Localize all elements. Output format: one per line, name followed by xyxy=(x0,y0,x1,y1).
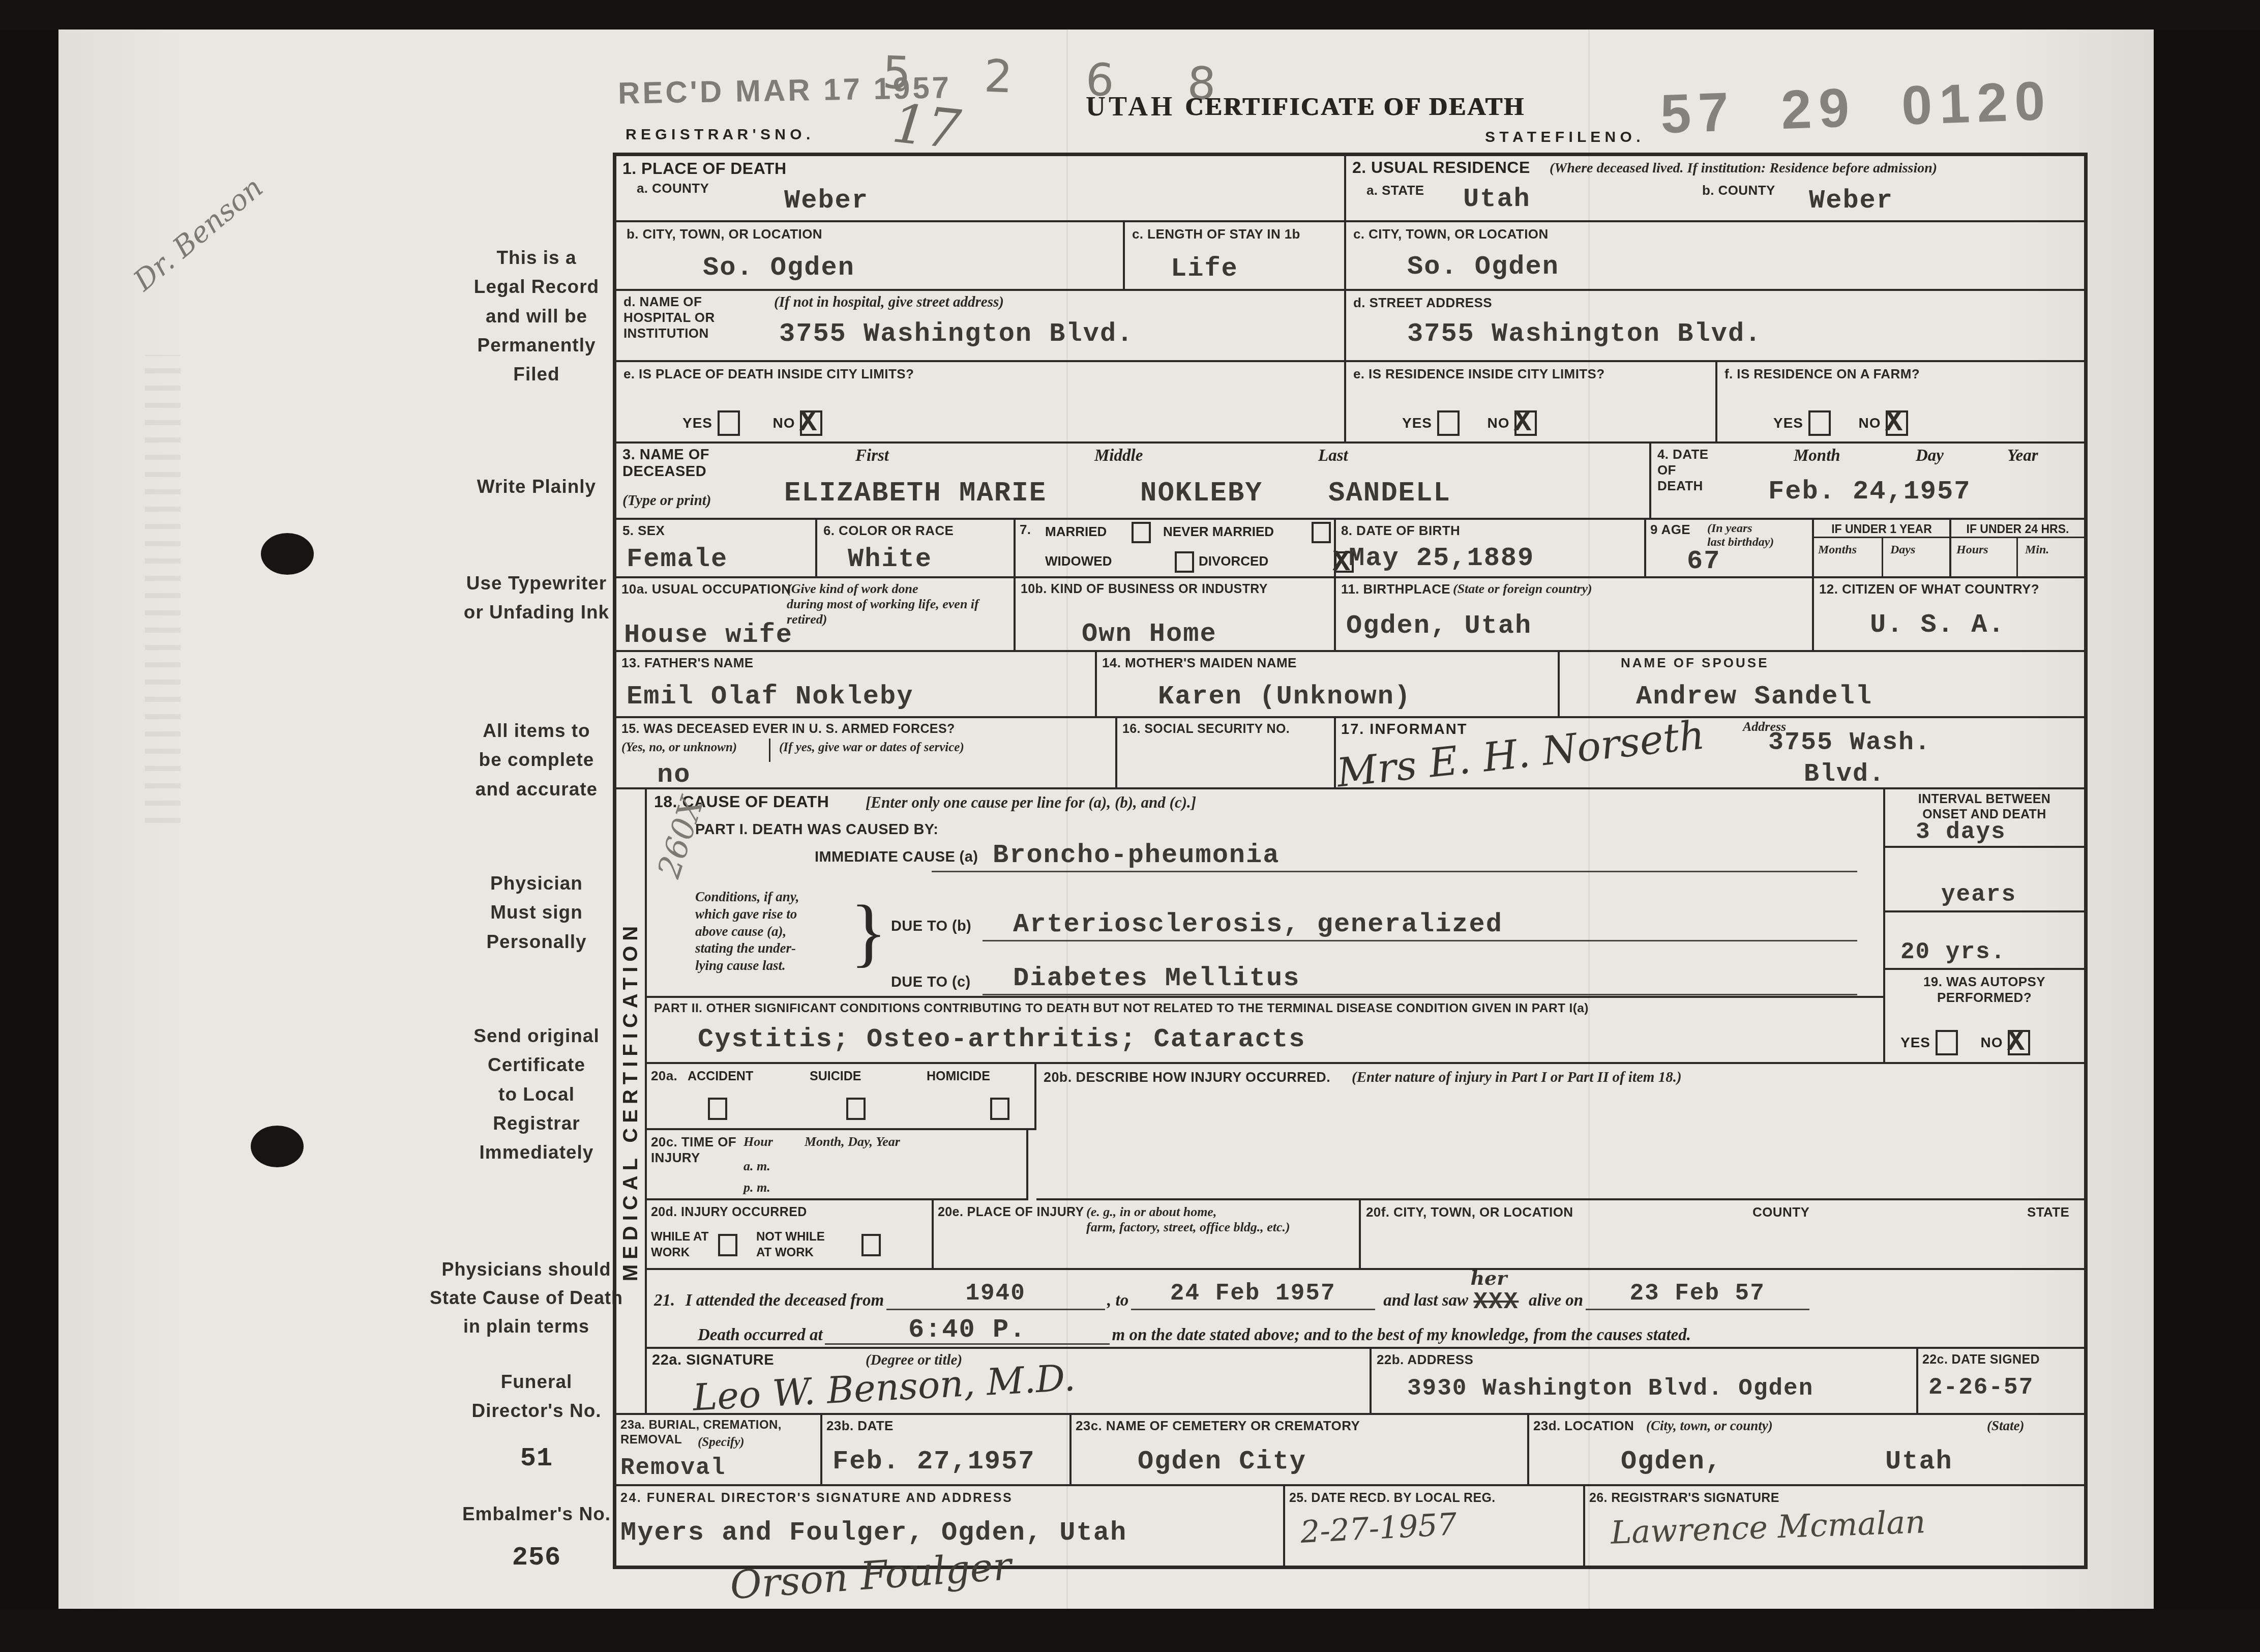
death-city-label: b. CITY, TOWN, OR LOCATION xyxy=(627,226,822,242)
no-checkbox: X xyxy=(1514,410,1537,436)
field-autopsy: 19. WAS AUTOPSY PERFORMED? YES NOX xyxy=(1885,970,2084,1064)
marital-num: 7. xyxy=(1020,522,1031,538)
attended-from-text: I attended the deceased from xyxy=(686,1291,884,1310)
yes-label: YES xyxy=(1773,415,1803,431)
middle-hint: Middle xyxy=(1094,447,1143,465)
residence-city-value: So. Ogden xyxy=(1407,252,1559,282)
months-label: Months xyxy=(1818,543,1857,557)
armed-forces-value: no xyxy=(657,760,691,790)
burial-location-hint: (City, town, or county) xyxy=(1646,1418,1773,1434)
informant-address-1: 3755 Wash. xyxy=(1768,728,1931,757)
title-main: CERTIFICATE OF DEATH xyxy=(1185,92,1525,121)
field-interval-c: 20 yrs. xyxy=(1885,912,2084,970)
field-physician-signature: 22a. SIGNATURE (Degree or title) Leo W. … xyxy=(647,1349,1372,1415)
no-label: NO xyxy=(1980,1035,2003,1050)
cause-c-value: Diabetes Mellitus xyxy=(1013,963,1300,993)
date-of-death-label: 4. DATE OF DEATH xyxy=(1657,447,1709,494)
field-physician-address: 22b. ADDRESS 3930 Washington Blvd. Ogden xyxy=(1372,1349,1918,1415)
hour-hint: Hour xyxy=(744,1134,773,1149)
alive-on-value: 23 Feb 57 xyxy=(1629,1280,1765,1307)
injury-occurred-label: 20d. INJURY OCCURRED xyxy=(651,1204,807,1220)
residence-county-label: b. COUNTY xyxy=(1702,183,1775,198)
death-time-value: 6:40 P. xyxy=(908,1315,1026,1345)
name-hint: (Type or print) xyxy=(622,492,711,509)
field-sex: 5. SEX Female xyxy=(616,520,817,578)
mothers-name-value: Karen (Unknown) xyxy=(1158,682,1411,712)
medical-certification-strip: MEDICAL CERTIFICATION xyxy=(616,789,647,1415)
age-label: 9 AGE xyxy=(1650,522,1690,538)
burial-value: Removal xyxy=(620,1455,726,1481)
hours-label: Hours xyxy=(1956,543,1988,557)
no-checkbox: X xyxy=(800,410,822,436)
date-of-death-value: Feb. 24,1957 xyxy=(1768,477,1971,507)
margin-note-dr-benson: Dr. Benson xyxy=(127,171,269,298)
certificate-paper: Dr. Benson This is a Legal Record and wi… xyxy=(58,29,2154,1609)
field-interval-a: INTERVAL BETWEEN ONSET AND DEATH 3 days xyxy=(1885,789,2084,848)
yes-label: YES xyxy=(1402,415,1432,431)
field-date-signed: 22c. DATE SIGNED 2-26-57 xyxy=(1918,1349,2084,1415)
spouse-value: Andrew Sandell xyxy=(1636,682,1872,712)
field-burial-type: 23a. BURIAL, CREMATION, REMOVAL (Specify… xyxy=(616,1415,822,1486)
field-marital-status: 7. MARRIED NEVER MARRIED WIDOWED DIVORCE… xyxy=(1016,520,1336,578)
sex-value: Female xyxy=(627,544,728,574)
yes-checkbox xyxy=(718,410,740,436)
birthplace-value: Ogden, Utah xyxy=(1346,611,1532,641)
causes-stated-text: m on the date stated above; and to the b… xyxy=(1112,1326,1691,1344)
field-injury-occurred: 20d. INJURY OCCURRED WHILE AT WORK NOT W… xyxy=(647,1200,934,1270)
residence-city-limits-label: e. IS RESIDENCE INSIDE CITY LIMITS? xyxy=(1353,366,1605,382)
cemetery-label: 23c. NAME OF CEMETERY OR CREMATORY xyxy=(1076,1418,1360,1434)
not-while-at-work-label: NOT WHILE AT WORK xyxy=(756,1229,825,1260)
scan-border-bottom xyxy=(0,1609,2260,1652)
field-attended-statement: 21. I attended the deceased from 1940 , … xyxy=(647,1270,2084,1349)
field-mothers-maiden-name: 14. MOTHER'S MAIDEN NAME Karen (Unknown) xyxy=(1097,652,1560,718)
death-city-value: So. Ogden xyxy=(703,253,855,283)
field-place-of-injury: 20e. PLACE OF INJURY (e. g., in or about… xyxy=(934,1200,1361,1270)
registrar-signature-value: Lawrence Mcmalan xyxy=(1610,1503,1926,1551)
scan-border-left xyxy=(0,0,58,1652)
business-value: Own Home xyxy=(1082,619,1217,649)
field-injury-city: 20f. CITY, TOWN, OR LOCATION COUNTY STAT… xyxy=(1361,1200,2084,1270)
residence-state-label: a. STATE xyxy=(1366,183,1424,198)
informant-address-2: Blvd. xyxy=(1804,760,1885,789)
fathers-name-value: Emil Olaf Nokleby xyxy=(627,682,914,712)
while-at-work-checkbox xyxy=(718,1234,737,1256)
field-if-under-1-year: IF UNDER 1 YEAR Months Days xyxy=(1814,520,1951,578)
cemetery-value: Ogden City xyxy=(1138,1447,1306,1477)
accident-label: ACCIDENT xyxy=(688,1069,753,1084)
street-address-value: 3755 Washington Blvd. xyxy=(1407,319,1762,349)
physician-address-value: 3930 Washington Blvd. Ogden xyxy=(1407,1375,1813,1402)
cause-b-value: Arteriosclerosis, generalized xyxy=(1013,909,1503,939)
field-accident-suicide-homicide: 20a. ACCIDENT SUICIDE HOMICIDE xyxy=(647,1064,1036,1130)
no-checkbox: X xyxy=(1886,410,1908,436)
no-label: NO xyxy=(772,415,795,431)
age-hint: (In years last birthday) xyxy=(1707,522,1774,549)
name-label: 3. NAME OF DECEASED xyxy=(622,447,709,481)
field-cemetery-name: 23c. NAME OF CEMETERY OR CREMATORY Ogden… xyxy=(1072,1415,1529,1486)
name-maiden: NOKLEBY xyxy=(1140,478,1263,509)
field-interval-b: years xyxy=(1885,848,2084,912)
hospital-value: 3755 Washington Blvd. xyxy=(779,319,1134,349)
age-value: 67 xyxy=(1687,546,1720,576)
mdy-hint: Month, Day, Year xyxy=(805,1134,900,1149)
no-checkbox: X xyxy=(2008,1030,2030,1055)
burial-date-label: 23b. DATE xyxy=(826,1418,894,1434)
suicide-checkbox xyxy=(846,1098,866,1120)
death-occurred-text: Death occurred at xyxy=(698,1326,823,1344)
ssn-label: 16. SOCIAL SECURITY NO. xyxy=(1122,721,1290,736)
field-cause-of-death: 18. CAUSE OF DEATH [Enter only one cause… xyxy=(647,789,1885,998)
occupation-hint: (Give kind of work done during most of w… xyxy=(787,581,1014,627)
suicide-label: SUICIDE xyxy=(810,1069,861,1084)
scanned-death-certificate: Dr. Benson This is a Legal Record and wi… xyxy=(0,0,2260,1652)
field-time-of-injury: 20c. TIME OF INJURY Hour Month, Day, Yea… xyxy=(647,1130,1028,1200)
physician-address-label: 22b. ADDRESS xyxy=(1377,1352,1473,1368)
burial-location-city-value: Ogden, xyxy=(1621,1447,1722,1477)
field-residence-farm: f. IS RESIDENCE ON A FARM? YES NOX xyxy=(1717,362,2084,444)
race-value: White xyxy=(848,544,932,574)
attended-to-text: , to xyxy=(1107,1291,1128,1310)
field-registrar-signature: 26. REGISTRAR'S SIGNATURE Lawrence Mcmal… xyxy=(1585,1486,2084,1566)
usual-residence-hint: (Where deceased lived. If institution: R… xyxy=(1550,160,1937,176)
punch-hole xyxy=(251,1126,304,1167)
field-color-race: 6. COLOR OR RACE White xyxy=(817,520,1016,578)
conditions-hint: Conditions, if any, which gave rise to a… xyxy=(695,889,799,975)
funeral-director-label: 24. FUNERAL DIRECTOR'S SIGNATURE AND ADD… xyxy=(620,1490,1013,1506)
divider xyxy=(769,739,770,762)
field-length-of-stay: c. LENGTH OF STAY IN 1b Life xyxy=(1125,222,1346,291)
place-of-injury-label: 20e. PLACE OF INJURY xyxy=(938,1204,1084,1220)
f20a-num: 20a. xyxy=(651,1068,677,1084)
burial-hint: (Specify) xyxy=(698,1435,745,1450)
scan-border-top xyxy=(0,0,2260,29)
cause-a-value: Broncho-pheumonia xyxy=(993,840,1280,870)
injury-how-label: 20b. DESCRIBE HOW INJURY OCCURRED. xyxy=(1044,1069,1330,1085)
spouse-label: NAME OF SPOUSE xyxy=(1621,655,1769,671)
no-label: NO xyxy=(1487,415,1509,431)
field-death-city: b. CITY, TOWN, OR LOCATION So. Ogden xyxy=(616,222,1125,291)
never-married-label: NEVER MARRIED xyxy=(1163,524,1274,540)
first-hint: First xyxy=(855,447,889,465)
faint-margin-stamp xyxy=(145,355,181,823)
field-citizen: 12. CITIZEN OF WHAT COUNTRY? U. S. A. xyxy=(1814,578,2084,652)
no-label: NO xyxy=(1858,415,1881,431)
widowed-checkbox xyxy=(1175,551,1194,573)
field-how-injury-occurred: 20b. DESCRIBE HOW INJURY OCCURRED. (Ente… xyxy=(1036,1064,2084,1200)
due-to-b-label: DUE TO (b) xyxy=(891,918,971,935)
field-death-city-limits: e. IS PLACE OF DEATH INSIDE CITY LIMITS?… xyxy=(616,362,1346,444)
never-married-checkbox xyxy=(1312,522,1331,543)
field-business-industry: 10b. KIND OF BUSINESS OR INDUSTRY Own Ho… xyxy=(1016,578,1336,652)
x-mark: X xyxy=(1513,406,1531,439)
attended-to-value: 24 Feb 1957 xyxy=(1170,1280,1336,1307)
funeral-director-value: Myers and Foulger, Ogden, Utah xyxy=(620,1518,1127,1548)
field-burial-location: 23d. LOCATION (City, town, or county) (S… xyxy=(1529,1415,2084,1486)
interval-a-value: 3 days xyxy=(1916,819,2006,845)
interval-c-value: 20 yrs. xyxy=(1900,939,2006,965)
divorced-label: DIVORCED xyxy=(1199,553,1268,569)
brace: } xyxy=(850,889,887,976)
x-mark: X xyxy=(1885,406,1902,439)
accident-checkbox xyxy=(708,1098,727,1120)
day-hint: Day xyxy=(1916,447,1944,465)
under-1-year-label: IF UNDER 1 YEAR xyxy=(1814,520,1949,538)
date-received-label: 25. DATE RECD. BY LOCAL REG. xyxy=(1289,1490,1496,1506)
her-handwritten: her xyxy=(1470,1266,1507,1289)
fathers-name-label: 13. FATHER'S NAME xyxy=(621,655,754,671)
hospital-hint: (If not in hospital, give street address… xyxy=(774,294,1004,311)
birthplace-hint: (State or foreign country) xyxy=(1453,581,1592,597)
alive-on-text: alive on xyxy=(1529,1291,1583,1310)
signature-label: 22a. SIGNATURE xyxy=(652,1352,774,1369)
field-usual-occupation: 10a. USUAL OCCUPATION (Give kind of work… xyxy=(616,578,1016,652)
cause-hint: [Enter only one cause per line for (a), … xyxy=(866,793,1196,812)
part1-label: PART I. DEATH WAS CAUSED BY: xyxy=(695,821,938,839)
citizen-value: U. S. A. xyxy=(1870,610,2005,640)
injury-city-label: 20f. CITY, TOWN, OR LOCATION xyxy=(1366,1204,1573,1220)
field-fathers-name: 13. FATHER'S NAME Emil Olaf Nokleby xyxy=(616,652,1097,718)
title-state: UTAH xyxy=(1086,91,1175,122)
divider xyxy=(2016,538,2018,578)
burial-location-state-hint: (State) xyxy=(1987,1418,2025,1434)
am-hint: a. m. xyxy=(744,1159,770,1174)
informant-label: 17. INFORMANT xyxy=(1341,721,1467,738)
f21-num: 21. xyxy=(654,1291,675,1310)
residence-farm-label: f. IS RESIDENCE ON A FARM? xyxy=(1724,366,1920,382)
armed-forces-hint1: (Yes, no, or unknown) xyxy=(621,741,737,755)
registrars-no-label: R E G I S T R A R ' S N O . xyxy=(626,126,810,143)
citizen-label: 12. CITIZEN OF WHAT COUNTRY? xyxy=(1819,581,2039,597)
field-burial-date: 23b. DATE Feb. 27,1957 xyxy=(822,1415,1072,1486)
field-place-of-death-county: 1. PLACE OF DEATH a. COUNTY Weber xyxy=(616,156,1346,222)
injury-time-label: 20c. TIME OF INJURY xyxy=(651,1134,736,1166)
certificate-form: 1. PLACE OF DEATH a. COUNTY Weber 2. USU… xyxy=(613,153,2088,1569)
birthplace-label: 11. BIRTHPLACE xyxy=(1341,581,1450,597)
field-usual-residence: 2. USUAL RESIDENCE (Where deceased lived… xyxy=(1346,156,2084,222)
x-mark: X xyxy=(2007,1026,2025,1059)
date-signed-label: 22c. DATE SIGNED xyxy=(1922,1352,2040,1367)
field-social-security: 16. SOCIAL SECURITY NO. xyxy=(1117,718,1336,789)
punch-hole xyxy=(261,533,314,575)
homicide-label: HOMICIDE xyxy=(927,1069,990,1084)
field-if-under-24-hrs: IF UNDER 24 HRS. Hours Min. xyxy=(1951,520,2084,578)
part2-label: PART II. OTHER SIGNIFICANT CONDITIONS CO… xyxy=(654,1001,1589,1016)
pm-hint: p. m. xyxy=(744,1180,770,1195)
burial-location-state-value: Utah xyxy=(1885,1447,1953,1477)
burial-location-label: 23d. LOCATION xyxy=(1533,1418,1634,1434)
while-at-work-label: WHILE AT WORK xyxy=(651,1229,708,1260)
field-hospital-name: d. NAME OF HOSPITAL OR INSTITUTION (If n… xyxy=(616,291,1346,362)
state-file-no-label: S T A T E F I L E N O . xyxy=(1485,129,1641,146)
name-first-middle: ELIZABETH MARIE xyxy=(784,478,1047,509)
injury-state-label: STATE xyxy=(2027,1204,2069,1220)
field-name-of-spouse: NAME OF SPOUSE Andrew Sandell xyxy=(1560,652,2084,718)
county-value: Weber xyxy=(784,186,869,216)
county-label: a. COUNTY xyxy=(637,181,709,196)
armed-forces-hint2: (If yes, give war or dates of service) xyxy=(779,741,964,755)
residence-city-label: c. CITY, TOWN, OR LOCATION xyxy=(1353,226,1549,242)
name-last: SANDELL xyxy=(1328,478,1451,509)
injury-county-label: COUNTY xyxy=(1752,1204,1809,1220)
x-mark: X xyxy=(799,406,817,439)
due-to-c-label: DUE TO (c) xyxy=(891,973,971,991)
field-armed-forces: 15. WAS DECEASED EVER IN U. S. ARMED FOR… xyxy=(616,718,1117,789)
injury-how-hint: (Enter nature of injury in Part I or Par… xyxy=(1352,1069,1682,1086)
field-part2-conditions: PART II. OTHER SIGNIFICANT CONDITIONS CO… xyxy=(647,998,1885,1064)
yes-label: YES xyxy=(1900,1035,1930,1050)
widowed-label: WIDOWED xyxy=(1045,553,1112,569)
medical-certification-label: MEDICAL CERTIFICATION xyxy=(619,921,642,1282)
registrar-signature-label: 26. REGISTRAR'S SIGNATURE xyxy=(1589,1490,1779,1506)
field-date-received: 25. DATE RECD. BY LOCAL REG. 2-27-1957 xyxy=(1285,1486,1585,1566)
mothers-name-label: 14. MOTHER'S MAIDEN NAME xyxy=(1102,655,1297,671)
death-city-limits-label: e. IS PLACE OF DEATH INSIDE CITY LIMITS? xyxy=(623,366,914,382)
under-24-hrs-label: IF UNDER 24 HRS. xyxy=(1951,520,2084,538)
married-checkbox xyxy=(1132,522,1151,543)
last-hint: Last xyxy=(1318,447,1348,465)
sex-label: 5. SEX xyxy=(622,523,665,539)
registrars-no-value: 17 xyxy=(889,92,964,161)
residence-state-value: Utah xyxy=(1463,184,1531,214)
field-name-of-deceased: 3. NAME OF DECEASED (Type or print) Firs… xyxy=(616,444,1651,520)
birth-date-value: May 25,1889 xyxy=(1349,543,1534,573)
date-signed-value: 2-26-57 xyxy=(1928,1374,2034,1401)
yes-checkbox xyxy=(1808,410,1831,436)
scan-border-right xyxy=(2154,0,2260,1652)
yes-checkbox xyxy=(1437,410,1460,436)
field-date-of-birth: 8. DATE OF BIRTH May 25,1889 xyxy=(1336,520,1646,578)
part2-value: Cystitis; Osteo-arthritis; Cataracts xyxy=(698,1024,1305,1054)
business-label: 10b. KIND OF BUSINESS OR INDUSTRY xyxy=(1021,581,1268,597)
divider xyxy=(1882,538,1883,578)
homicide-checkbox xyxy=(990,1098,1009,1120)
days-label: Days xyxy=(1890,543,1915,557)
attended-from-value: 1940 xyxy=(965,1280,1025,1307)
field-birthplace: 11. BIRTHPLACE (State or foreign country… xyxy=(1336,578,1814,652)
state-file-no-stamp: 57 29 0120 xyxy=(1659,69,2053,146)
married-label: MARRIED xyxy=(1045,524,1107,540)
usual-residence-title: 2. USUAL RESIDENCE xyxy=(1352,158,1530,177)
field-informant: 17. INFORMANT Mrs E. H. Norseth Address … xyxy=(1336,718,2084,789)
street-address-label: d. STREET ADDRESS xyxy=(1353,295,1492,311)
last-saw-text: and last saw xyxy=(1383,1291,1468,1310)
date-received-value: 2-27-1957 xyxy=(1299,1507,1458,1550)
place-of-injury-hint: (e. g., in or about home, farm, factory,… xyxy=(1086,1204,1290,1235)
occupation-value: House wife xyxy=(624,620,793,650)
field-age: 9 AGE (In years last birthday) 67 xyxy=(1646,520,1814,578)
struck-word: XXX xyxy=(1473,1289,1519,1315)
yes-checkbox xyxy=(1936,1030,1958,1055)
race-label: 6. COLOR OR RACE xyxy=(823,523,954,539)
field-street-address: d. STREET ADDRESS 3755 Washington Blvd. xyxy=(1346,291,2084,362)
field-date-of-death: 4. DATE OF DEATH Month Day Year Feb. 24,… xyxy=(1651,444,2084,520)
place-of-death-title: 1. PLACE OF DEATH xyxy=(622,159,787,178)
length-of-stay-label: c. LENGTH OF STAY IN 1b xyxy=(1132,226,1300,242)
min-label: Min. xyxy=(2025,543,2049,557)
yes-label: YES xyxy=(682,415,712,431)
residence-county-value: Weber xyxy=(1809,186,1893,216)
month-hint: Month xyxy=(1794,447,1840,465)
field-residence-city-limits: e. IS RESIDENCE INSIDE CITY LIMITS? YES … xyxy=(1346,362,1717,444)
field-residence-city: c. CITY, TOWN, OR LOCATION So. Ogden xyxy=(1346,222,2084,291)
not-while-at-work-checkbox xyxy=(861,1234,881,1256)
interval-label: INTERVAL BETWEEN ONSET AND DEATH xyxy=(1895,791,2073,822)
length-of-stay-value: Life xyxy=(1171,254,1238,284)
burial-date-value: Feb. 27,1957 xyxy=(832,1447,1035,1477)
autopsy-label: 19. WAS AUTOPSY PERFORMED? xyxy=(1900,974,2068,1006)
year-hint: Year xyxy=(2007,447,2038,465)
birth-date-label: 8. DATE OF BIRTH xyxy=(1341,523,1460,539)
hospital-label: d. NAME OF HOSPITAL OR INSTITUTION xyxy=(623,294,715,342)
occupation-label: 10a. USUAL OCCUPATION xyxy=(621,581,791,597)
interval-b-value: years xyxy=(1941,881,2016,908)
armed-forces-label: 15. WAS DECEASED EVER IN U. S. ARMED FOR… xyxy=(621,721,955,736)
